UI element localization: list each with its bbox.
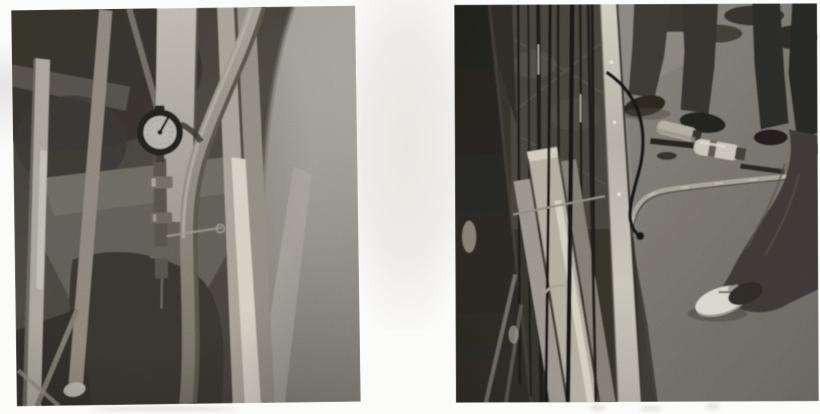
film-grain	[11, 6, 360, 407]
scan-smudge	[90, 407, 240, 411]
scan-gap-shade	[350, 0, 462, 330]
film-grain	[454, 3, 819, 403]
photo-pressure-gauge	[11, 6, 360, 407]
scanned-page	[0, 0, 820, 414]
photo-slab-edge	[454, 3, 819, 403]
scan-smudge	[706, 404, 720, 409]
scan-smudge	[590, 405, 606, 410]
scan-smudge	[640, 407, 662, 411]
photo-right-scene	[454, 3, 819, 403]
photo-left-scene	[11, 6, 360, 407]
